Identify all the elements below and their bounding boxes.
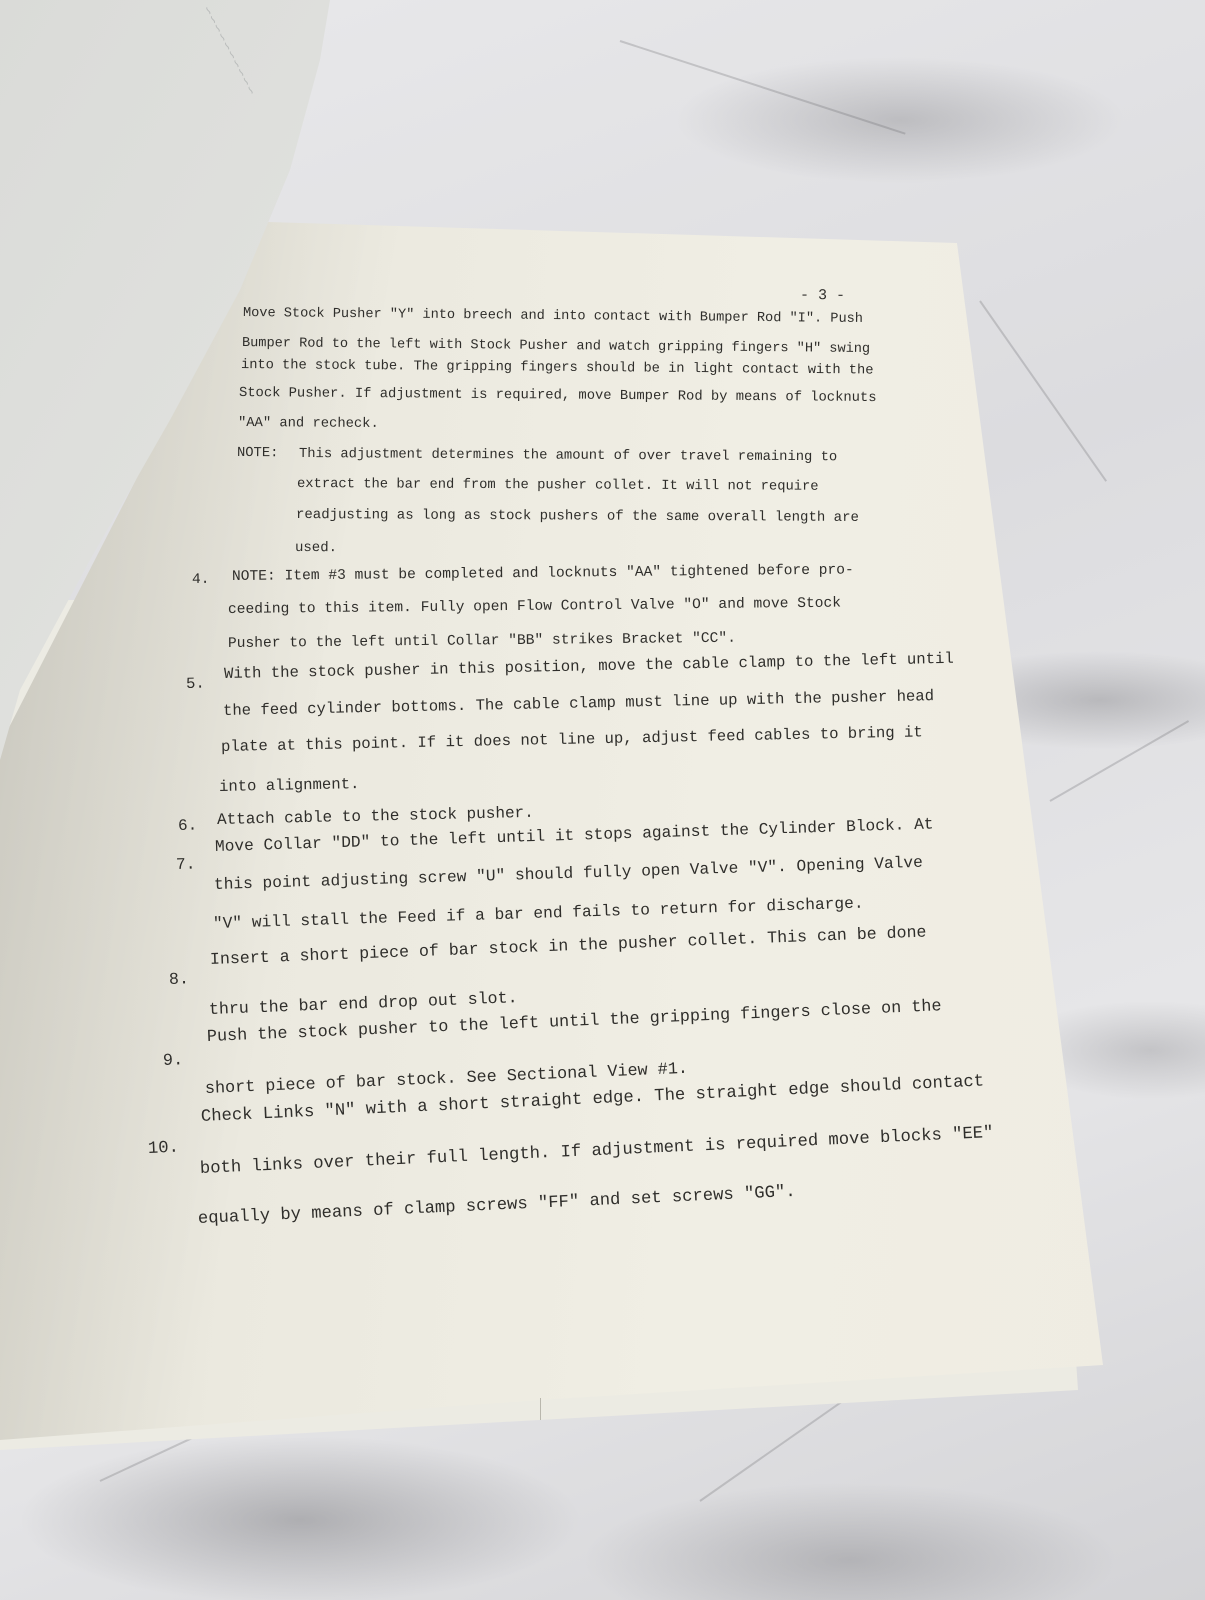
- marble-vein: [979, 300, 1107, 481]
- note-line: readjusting as long as stock pushers of …: [296, 507, 859, 526]
- page-number: - 3 -: [800, 287, 845, 304]
- item-number: 9.: [163, 1051, 184, 1071]
- paragraph-line: "AA" and recheck.: [238, 416, 379, 432]
- page-edge-crease: [540, 1398, 541, 1420]
- item-number: 8.: [169, 969, 190, 989]
- item-number: 6.: [178, 817, 198, 835]
- note-line: extract the bar end from the pusher coll…: [297, 477, 819, 495]
- item-number: 7.: [176, 855, 196, 874]
- item-number: 4.: [192, 572, 210, 588]
- item-line: into alignment.: [219, 775, 360, 796]
- marble-vein: [620, 40, 906, 135]
- marble-vein: [1050, 720, 1190, 802]
- note-label: NOTE:: [237, 446, 278, 461]
- note-line: used.: [295, 540, 337, 556]
- item-number: 5.: [186, 675, 205, 693]
- item-number: 10.: [148, 1139, 180, 1159]
